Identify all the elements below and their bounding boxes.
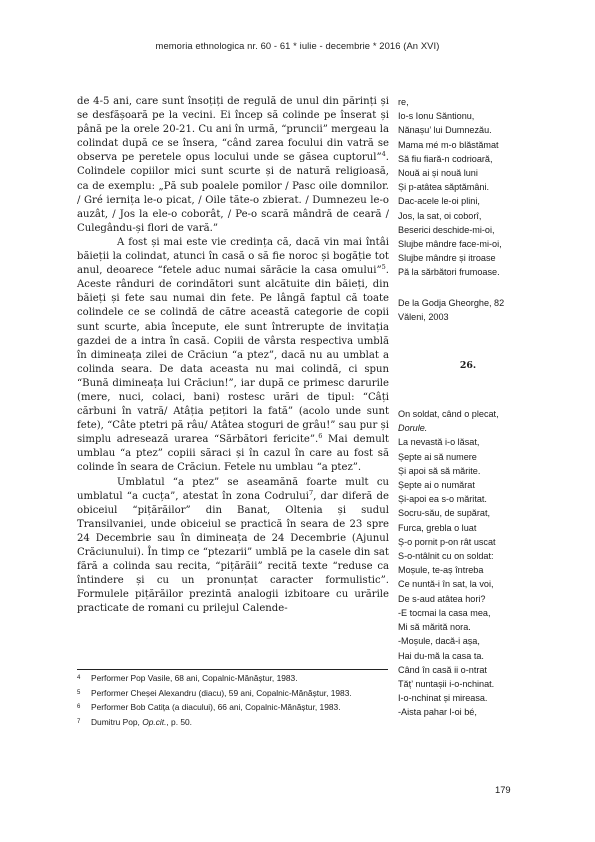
verse-column: re, Io-s Ionu Săntionu, Nănașu’ lui Dumn… bbox=[398, 95, 538, 720]
verse-line: -E tocmai la casa mea, bbox=[398, 606, 538, 620]
verse-line: Ș-o pornit p-on rât uscat bbox=[398, 535, 538, 549]
paragraph-2: A fost și mai este vie credința că, dacă… bbox=[77, 236, 389, 476]
verse-line: Socru-său, de supărat, bbox=[398, 506, 538, 520]
verse-refrain: Dorule. bbox=[398, 421, 538, 435]
verse-line: Dac-acele le-oi plini, bbox=[398, 194, 538, 208]
paragraph-1: de 4-5 ani, care sunt însoțiți de regulă… bbox=[77, 95, 389, 236]
verse-line: Când în casă ii o-ntrat bbox=[398, 663, 538, 677]
verse-line: S-o-ntâlnit cu on soldat: bbox=[398, 549, 538, 563]
verse-line: La nevastă i-o lăsat, bbox=[398, 435, 538, 449]
verse-line: Jos, la sat, oi coborî, bbox=[398, 209, 538, 223]
verse-line: -Aista pahar l-oi bé, bbox=[398, 705, 538, 719]
verse-line: Slujbe mândre și itroase bbox=[398, 251, 538, 265]
verse-line: Moșule, te-aș întreba bbox=[398, 563, 538, 577]
verse-line: Să fiu fiară-n codrioară, bbox=[398, 152, 538, 166]
poem-25-source: De la Godja Gheorghe, 82 Văleni, 2003 bbox=[398, 296, 538, 324]
verse-line: Furca, grebla o luat bbox=[398, 521, 538, 535]
verse-line: Șepte ai o numărat bbox=[398, 478, 538, 492]
verse-line: re, bbox=[398, 95, 538, 109]
footnote-5: 5Performer Cheșei Alexandru (diacu), 59 … bbox=[77, 688, 389, 699]
verse-line: On soldat, când o plecat, bbox=[398, 407, 538, 421]
running-head: memoria ethnologica nr. 60 - 61 * iulie … bbox=[0, 40, 595, 51]
verse-line: I-o-nchinat și mireasa. bbox=[398, 691, 538, 705]
verse-line: Și apoi să să mărite. bbox=[398, 464, 538, 478]
footnote-divider bbox=[77, 669, 388, 670]
main-text-column: de 4-5 ani, care sunt însoțiți de regulă… bbox=[77, 95, 389, 616]
paragraph-3: Umblatul “a ptez” se aseamănă foarte mul… bbox=[77, 476, 389, 617]
verse-line: Ce nuntă-i în sat, la voi, bbox=[398, 577, 538, 591]
poem-25-tail: re, Io-s Ionu Săntionu, Nănașu’ lui Dumn… bbox=[398, 95, 538, 280]
poem-number: 26. bbox=[398, 360, 538, 371]
verse-line: Io-s Ionu Săntionu, bbox=[398, 109, 538, 123]
poem-26: On soldat, când o plecat, Dorule. La nev… bbox=[398, 407, 538, 719]
verse-line: Pă la sărbători frumoase. bbox=[398, 265, 538, 279]
footnote-6: 6Performer Bob Catița (a diacului), 66 a… bbox=[77, 702, 389, 713]
verse-line: Mi să mărită nora. bbox=[398, 620, 538, 634]
footnotes: 4Performer Pop Vasile, 68 ani, Copalnic-… bbox=[77, 673, 389, 732]
verse-line: Șepte ai să numere bbox=[398, 450, 538, 464]
verse-line: Beserici deschide-mi-oi, bbox=[398, 223, 538, 237]
verse-line: Hai du-mă la casa ta. bbox=[398, 649, 538, 663]
page-number: 179 bbox=[495, 784, 511, 795]
verse-line: Tăț’ nuntașii i-o-nchinat. bbox=[398, 677, 538, 691]
footnote-4: 4Performer Pop Vasile, 68 ani, Copalnic-… bbox=[77, 673, 389, 684]
verse-line: Nănașu’ lui Dumnezău. bbox=[398, 123, 538, 137]
verse-line: Mama mé m-o blăstămat bbox=[398, 138, 538, 152]
footnote-7: 7Dumitru Pop, Op.cit., p. 50. bbox=[77, 717, 389, 728]
verse-line: Slujbe mândre face-mi-oi, bbox=[398, 237, 538, 251]
verse-line: -Moșule, dacă-i așa, bbox=[398, 634, 538, 648]
verse-line: Și-apoi ea s-o măritat. bbox=[398, 492, 538, 506]
verse-line: Nouă ai și nouă luni bbox=[398, 166, 538, 180]
verse-line: De s-aud atâtea hori? bbox=[398, 592, 538, 606]
verse-line: Și p-atâtea săptămâni. bbox=[398, 180, 538, 194]
